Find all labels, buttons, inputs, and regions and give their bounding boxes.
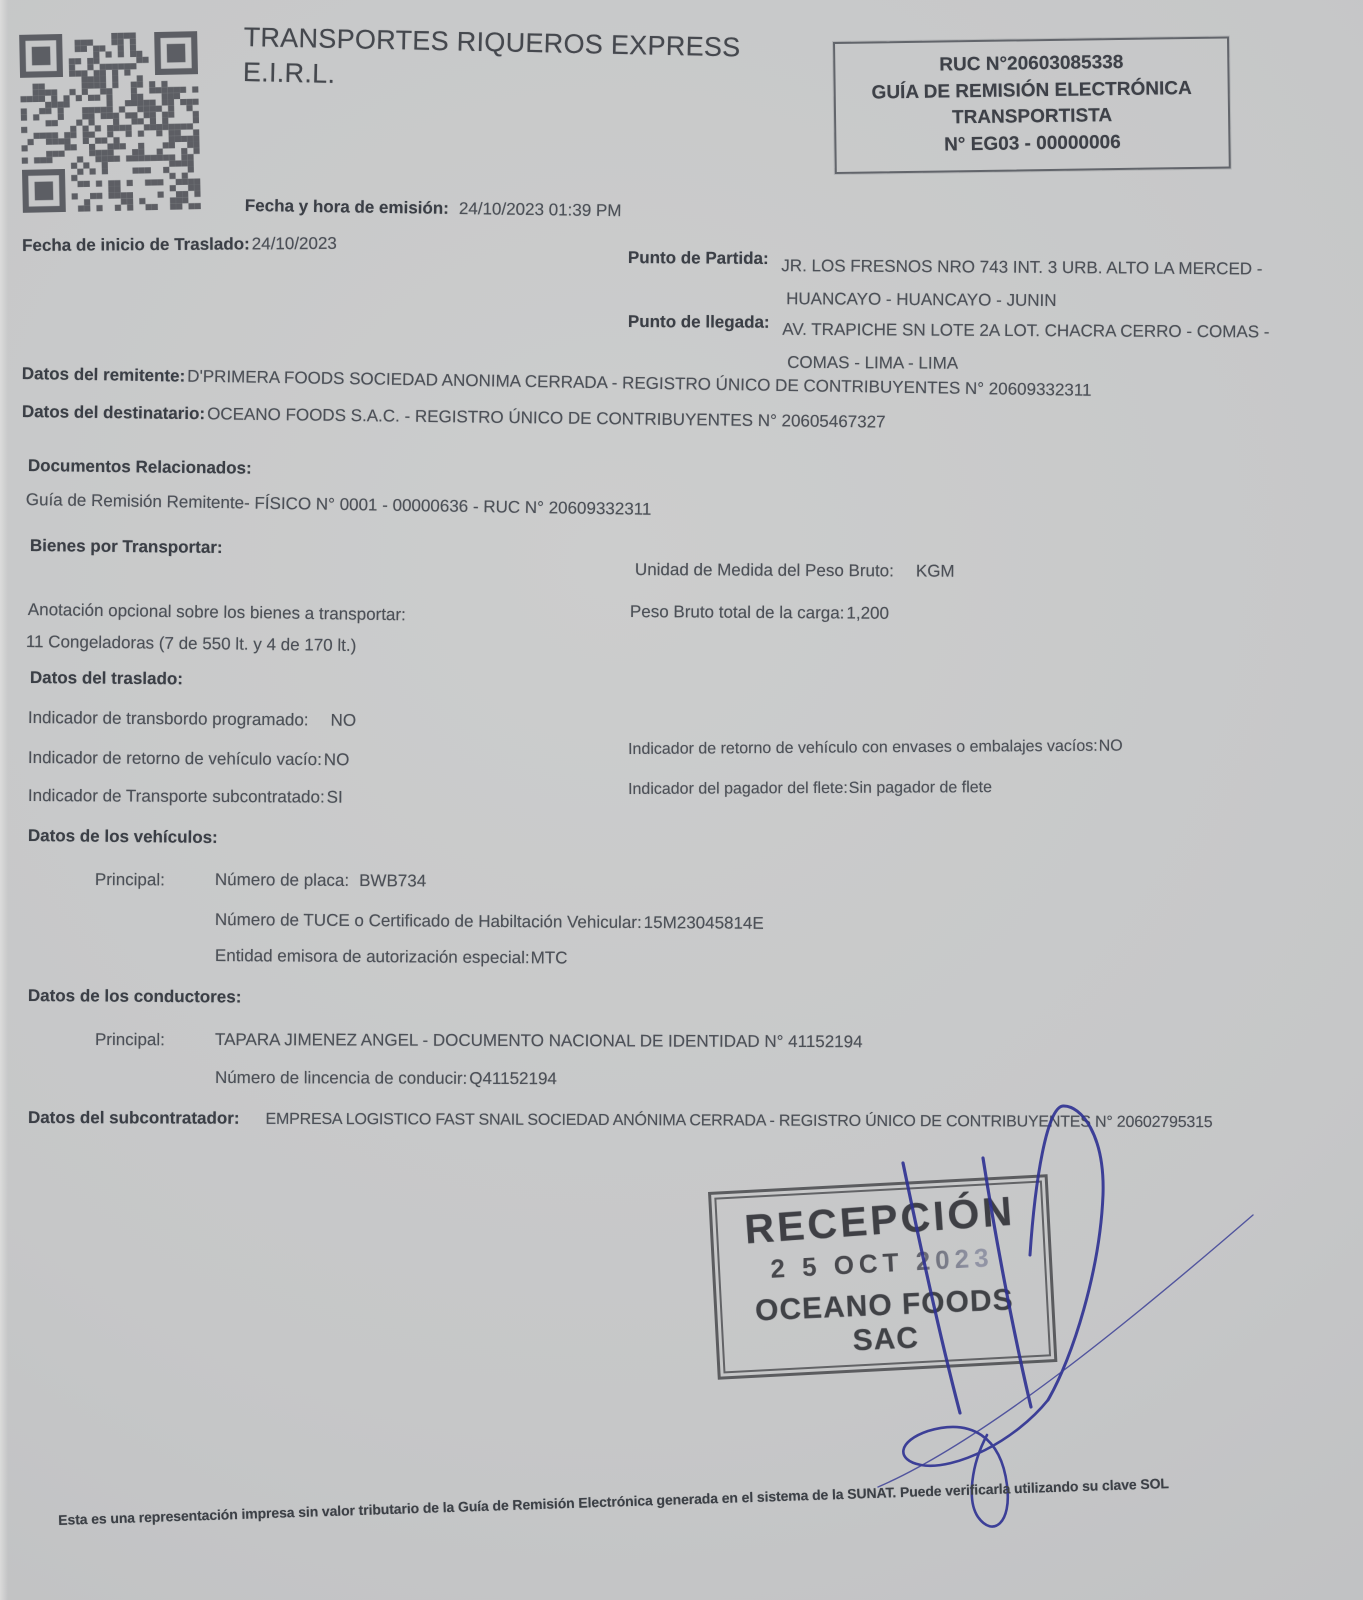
- plate-label: Número de placa:: [215, 870, 349, 890]
- gross-weight-label: Peso Bruto total de la carga:: [630, 602, 845, 622]
- tuce-label: Número de TUCE o Certificado de Habiltac…: [215, 910, 642, 932]
- plate-line: Número de placa:BWB734: [215, 870, 426, 892]
- envases-line: Indicador de retorno de vehículo con env…: [628, 737, 1123, 760]
- transbordo-line: Indicador de transbordo programado:NO: [28, 708, 356, 731]
- envases-value: NO: [1099, 738, 1123, 755]
- emission-value: 24/10/2023 01:39 PM: [459, 199, 622, 220]
- footer-note: Esta es una representación impresa sin v…: [58, 1475, 1169, 1528]
- goods-note-value-text: 11 Congeladoras (7 de 550 lt. y 4 de 170…: [26, 632, 357, 655]
- transfer-title-text: Datos del traslado:: [30, 668, 183, 688]
- driver-value: TAPARA JIMENEZ ANGEL - DOCUMENTO NACIONA…: [215, 1030, 863, 1051]
- related-docs-item-text: Guía de Remisión Remitente- FÍSICO N° 00…: [26, 490, 652, 519]
- license-value: Q41152194: [469, 1069, 557, 1088]
- doc-series-number: N° EG03 - 00000006: [842, 128, 1222, 160]
- sender-label: Datos del remitente:: [22, 364, 186, 386]
- subcontractor-label: Datos del subcontratador:: [28, 1108, 240, 1128]
- tuce-value: 15M23045814E: [644, 913, 764, 933]
- entity-label: Entidad emisora de autorización especial…: [215, 946, 530, 967]
- reception-stamp-inner: RECEPCIÓN 2 5 OCT 2023 OCEANO FOODS SAC: [714, 1181, 1051, 1374]
- origin-value-line1: JR. LOS FRESNOS NRO 743 INT. 3 URB. ALTO…: [781, 249, 1262, 285]
- destination-label: Punto de llegada:: [628, 312, 770, 332]
- retorno-line: Indicador de retorno de vehículo vacío:N…: [28, 748, 350, 771]
- recipient-line: Datos del destinatario:OCEANO FOODS S.A.…: [22, 402, 886, 433]
- start-date-value: 24/10/2023: [252, 234, 337, 254]
- vehicle-principal-label: Principal:: [95, 870, 165, 891]
- related-docs-item: Guía de Remisión Remitente- FÍSICO N° 00…: [26, 490, 652, 520]
- related-docs-title-text: Documentos Relacionados:: [28, 456, 252, 478]
- recipient-label: Datos del destinatario:: [22, 402, 205, 423]
- recipient-value: OCEANO FOODS S.A.C. - REGISTRO ÚNICO DE …: [207, 404, 886, 431]
- document-page: TRANSPORTES RIQUEROS EXPRESS E.I.R.L. RU…: [0, 0, 1363, 1600]
- subcontractor-value: EMPRESA LOGISTICO FAST SNAIL SOCIEDAD AN…: [266, 1111, 1213, 1131]
- goods-title-text: Bienes por Transportar:: [30, 536, 223, 557]
- pagador-label: Indicador del pagador del flete:: [628, 780, 848, 798]
- driver-line: TAPARA JIMENEZ ANGEL - DOCUMENTO NACIONA…: [215, 1030, 863, 1053]
- doc-type-line1: GUÍA DE REMISIÓN ELECTRÓNICA: [842, 75, 1222, 107]
- retorno-value: NO: [324, 750, 350, 769]
- unit-line: Unidad de Medida del Peso Bruto:KGM: [635, 560, 955, 582]
- ruc-box: RUC N°20603085338 GUÍA DE REMISIÓN ELECT…: [833, 36, 1231, 174]
- origin-block: Punto de Partida: JR. LOS FRESNOS NRO 74…: [628, 248, 1263, 318]
- subcontratado-line: Indicador de Transporte subcontratado:SI: [28, 786, 343, 808]
- stamp-company: OCEANO FOODS SAC: [722, 1282, 1049, 1364]
- destination-value-line2: COMAS - LIMA - LIMA: [787, 346, 1269, 382]
- license-line: Número de lincencia de conducir:Q4115219…: [215, 1068, 557, 1090]
- unit-value: KGM: [916, 561, 955, 580]
- gross-weight-line: Peso Bruto total de la carga:1,200: [630, 602, 889, 624]
- unit-label: Unidad de Medida del Peso Bruto:: [635, 560, 894, 580]
- destination-value-line1: AV. TRAPICHE SN LOTE 2A LOT. CHACRA CERR…: [782, 313, 1269, 349]
- envases-label: Indicador de retorno de vehículo con env…: [628, 738, 1098, 758]
- emission-line: Fecha y hora de emisión:24/10/2023 01:39…: [245, 196, 622, 222]
- gross-weight-value: 1,200: [846, 604, 889, 623]
- goods-note-label-text: Anotación opcional sobre los bienes a tr…: [28, 600, 406, 624]
- retorno-label: Indicador de retorno de vehículo vacío:: [28, 748, 322, 769]
- goods-title: Bienes por Transportar:: [30, 536, 223, 558]
- pagador-value: Sin pagador de flete: [849, 779, 992, 797]
- drivers-title-text: Datos de los conductores:: [28, 986, 242, 1006]
- entity-value: MTC: [531, 948, 568, 967]
- vehicle-principal-text: Principal:: [95, 870, 165, 889]
- plate-value: BWB734: [359, 871, 426, 890]
- start-date-label: Fecha de inicio de Traslado:: [22, 234, 250, 255]
- goods-note-value: 11 Congeladoras (7 de 550 lt. y 4 de 170…: [26, 632, 357, 656]
- driver-principal-text: Principal:: [95, 1030, 165, 1049]
- destination-block: Punto de llegada: AV. TRAPICHE SN LOTE 2…: [628, 312, 1270, 381]
- start-date-line: Fecha de inicio de Traslado:24/10/2023: [22, 234, 337, 257]
- transbordo-value: NO: [331, 711, 357, 730]
- subcontratado-label: Indicador de Transporte subcontratado:: [28, 786, 325, 807]
- emission-label: Fecha y hora de emisión:: [245, 196, 449, 218]
- driver-principal-label: Principal:: [95, 1030, 165, 1051]
- transbordo-label: Indicador de transbordo programado:: [28, 708, 309, 729]
- vehicles-title-text: Datos de los vehículos:: [28, 826, 218, 847]
- related-docs-title: Documentos Relacionados:: [28, 456, 252, 479]
- subcontratado-value: SI: [327, 788, 343, 807]
- origin-label: Punto de Partida:: [628, 248, 769, 268]
- entity-line: Entidad emisora de autorización especial…: [215, 946, 568, 969]
- company-name: TRANSPORTES RIQUEROS EXPRESS E.I.R.L.: [243, 20, 741, 99]
- pagador-line: Indicador del pagador del flete:Sin paga…: [628, 778, 992, 799]
- subcontractor-line: Datos del subcontratador:EMPRESA LOGISTI…: [28, 1108, 1213, 1133]
- vehicles-title: Datos de los vehículos:: [28, 826, 218, 848]
- license-label: Número de lincencia de conducir:: [215, 1068, 467, 1088]
- goods-note-label: Anotación opcional sobre los bienes a tr…: [28, 600, 406, 626]
- reception-stamp: RECEPCIÓN 2 5 OCT 2023 OCEANO FOODS SAC: [708, 1174, 1057, 1380]
- qr-code: [19, 29, 201, 215]
- drivers-title: Datos de los conductores:: [28, 986, 242, 1008]
- tuce-line: Número de TUCE o Certificado de Habiltac…: [215, 910, 764, 934]
- transfer-title: Datos del traslado:: [30, 668, 183, 690]
